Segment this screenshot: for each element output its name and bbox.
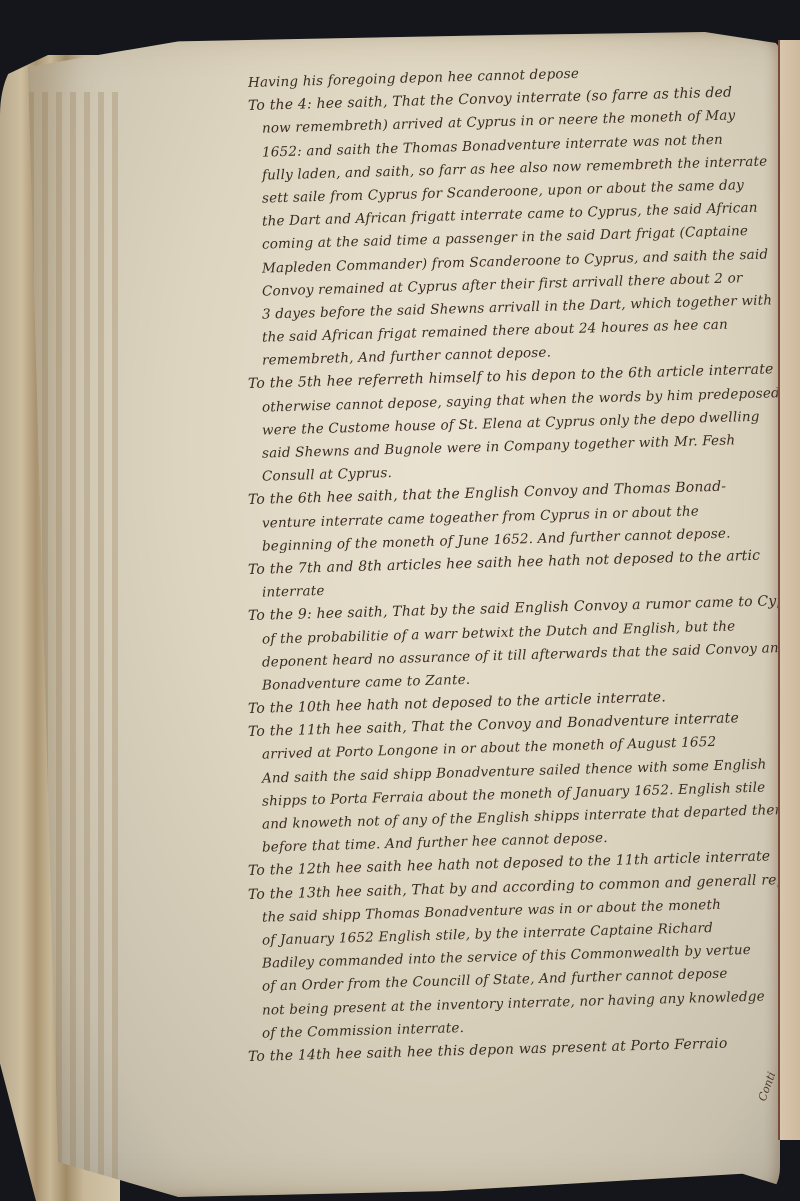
handwritten-text-block: Having his foregoing depon hee cannot de… — [248, 72, 778, 1069]
facing-page-edge — [778, 40, 800, 1140]
